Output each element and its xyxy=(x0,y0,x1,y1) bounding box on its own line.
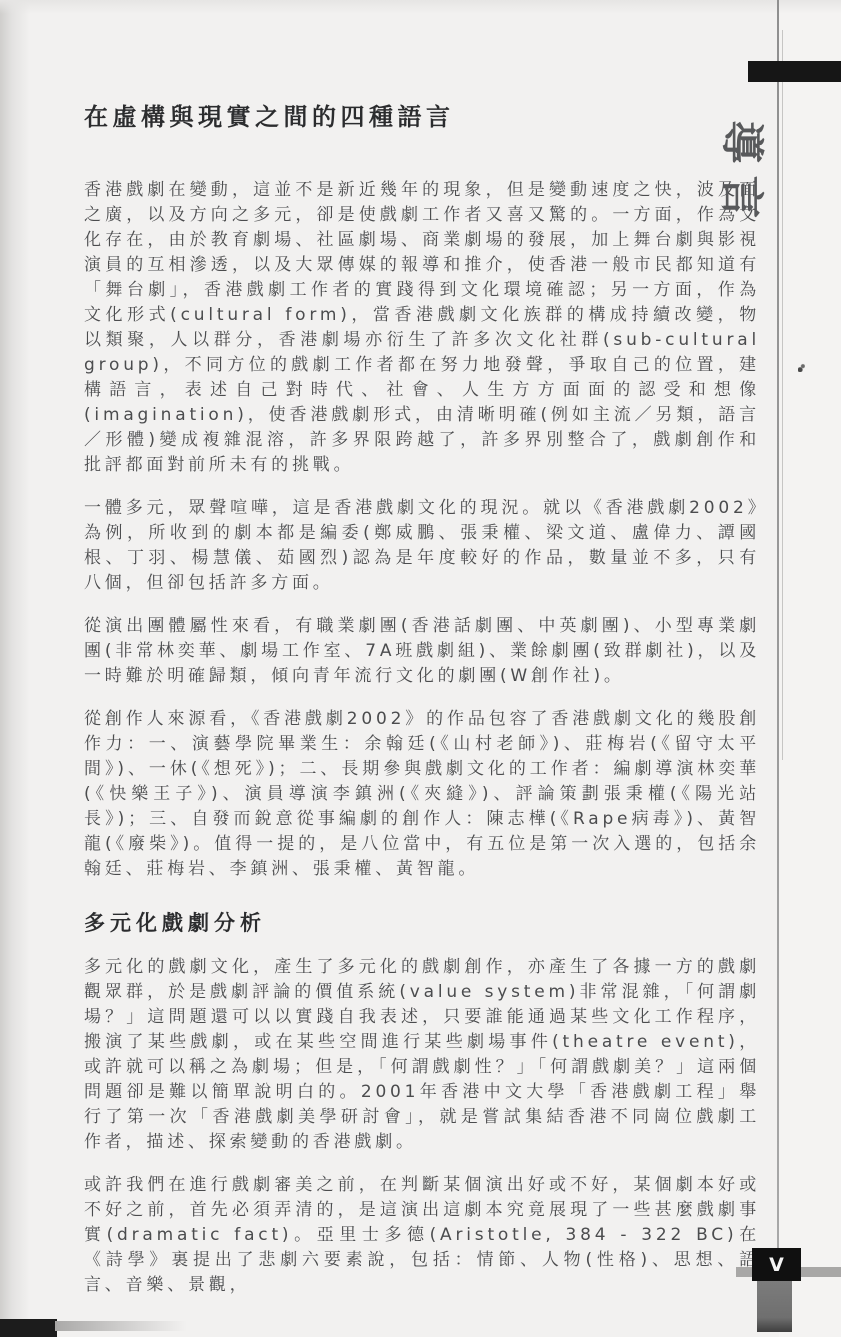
paragraph: 多元化的戲劇文化，產生了多元化的戲劇創作，亦產生了各據一方的戲劇觀眾群，於是戲劇… xyxy=(84,955,760,1155)
scan-edge-shadow xyxy=(0,0,30,1337)
scanned-book-page: 在虛構與現實之間的四種語言 香港戲劇在變動，這並不是新近幾年的現象，但是變動速度… xyxy=(0,0,841,1337)
bottom-left-registration-bar xyxy=(0,1319,57,1337)
bottom-left-streak xyxy=(55,1321,187,1331)
page-content: 在虛構與現實之間的四種語言 香港戲劇在變動，這並不是新近幾年的現象，但是變動速度… xyxy=(84,100,760,1316)
adjacent-page-strip xyxy=(779,0,841,1337)
paragraph: 從演出團體屬性來看，有職業劇團(香港話劇團、中英劇團)、小型專業劇團(非常林奕華… xyxy=(84,614,760,689)
page-marker-stem xyxy=(757,1281,792,1332)
paragraph: 一體多元，眾聲喧嘩，這是香港戲劇文化的現況。就以《香港戲劇2002》為例，所收到… xyxy=(84,496,760,596)
paragraph: 或許我們在進行戲劇審美之前，在判斷某個演出好或不好，某個劇本好或不好之前，首先必… xyxy=(84,1173,760,1298)
page-number-badge: V xyxy=(752,1248,801,1281)
top-right-registration-bar xyxy=(748,61,841,82)
scan-edge-shadow-top xyxy=(0,0,841,14)
paragraph: 香港戲劇在變動，這並不是新近幾年的現象，但是變動速度之快，波及面之廣，以及方向之… xyxy=(84,178,760,478)
ink-speck xyxy=(798,363,805,372)
page-title: 在虛構與現實之間的四種語言 xyxy=(84,100,760,134)
section-heading: 多元化戲劇分析 xyxy=(84,908,760,938)
paragraph: 從創作人來源看，《香港戲劇2002》的作品包容了香港戲劇文化的幾股創作力：一、演… xyxy=(84,707,760,882)
page-spine-line xyxy=(777,0,779,1252)
chapter-tab: 導 言 xyxy=(712,116,770,226)
page-spine-line-secondary xyxy=(782,30,783,760)
chapter-tab-char: 導 xyxy=(715,113,767,171)
chapter-tab-char: 言 xyxy=(715,168,767,226)
